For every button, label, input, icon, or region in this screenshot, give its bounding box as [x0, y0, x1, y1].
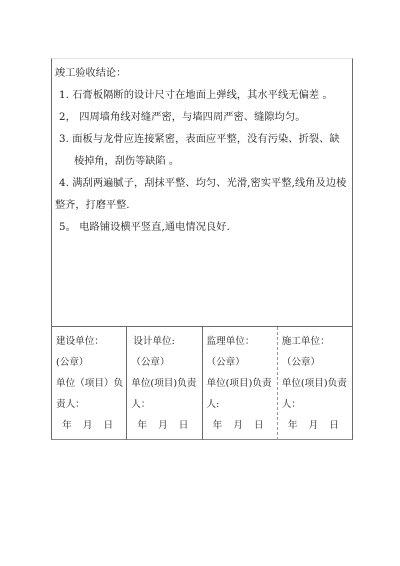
date-label: 年 月 日 [282, 415, 349, 436]
unit-label: 设计单位: [131, 331, 198, 352]
seal-label: （公章） [131, 352, 198, 373]
responsible-person-label-cont: 责人： [56, 394, 123, 415]
conclusion-item-2: 2， 四周墙角线对缝严密，与墙四周严密、缝隙均匀。 [55, 107, 349, 129]
responsible-person-label: 单位（项目）负 [56, 373, 123, 394]
responsible-person-label-cont: 人： [282, 394, 349, 415]
date-label: 年 月 日 [56, 415, 123, 436]
conclusion-item-4: 4. 满刮两遍腻子，刮抹平整、均匀、光滑,密实平整,线角及边棱 [55, 173, 349, 195]
acceptance-form-table: 竣工验收结论： 1. 石膏板隔断的设计尺寸在地面上弹线，其水平线无偏差 。 2，… [51, 58, 353, 440]
signature-row: 建设单位： (公章） 单位（项目）负 责人： 年 月 日 设计单位: （公章） … [52, 327, 352, 440]
date-label: 年 月 日 [207, 415, 274, 436]
responsible-person-label-cont: 人： [131, 394, 198, 415]
seal-label: （公章） [207, 352, 274, 373]
signature-cell-supervision-unit: 监理单位： （公章） 单位(项目)负责 人: 年 月 日 [203, 327, 278, 440]
responsible-person-label: 单位(项目)负责 [207, 373, 274, 394]
seal-label: （公章） [282, 352, 349, 373]
conclusion-item-1: 1. 石膏板隔断的设计尺寸在地面上弹线，其水平线无偏差 。 [55, 85, 349, 107]
signature-cell-construction-unit: 建设单位： (公章） 单位（项目）负 责人： 年 月 日 [52, 327, 127, 440]
seal-label: (公章） [56, 352, 123, 373]
conclusion-item-3-continuation: 棱掉角，刮伤等缺陷 。 [55, 151, 349, 173]
responsible-person-label: 单位(项目)负责 [131, 373, 198, 394]
conclusion-section: 竣工验收结论： 1. 石膏板隔断的设计尺寸在地面上弹线，其水平线无偏差 。 2，… [52, 59, 352, 327]
conclusion-item-4-continuation: 整齐，打磨平整. [55, 195, 349, 217]
signature-cell-design-unit: 设计单位: （公章） 单位(项目)负责 人： 年 月 日 [127, 327, 202, 440]
responsible-person-label: 单位(项目)负责 [282, 373, 349, 394]
conclusion-heading: 竣工验收结论： [55, 63, 349, 85]
unit-label: 施工单位： [282, 331, 349, 352]
conclusion-item-3: 3. 面板与龙骨应连接紧密，表面应平整，没有污染、折裂、缺 [55, 129, 349, 151]
conclusion-item-5: 5。 电路铺设横平竖直,通电情况良好. [55, 217, 349, 239]
date-label: 年 月 日 [131, 415, 198, 436]
responsible-person-label-cont: 人: [207, 394, 274, 415]
unit-label: 监理单位： [207, 331, 274, 352]
unit-label: 建设单位： [56, 331, 123, 352]
signature-cell-contractor-unit: 施工单位： （公章） 单位(项目)负责 人： 年 月 日 [278, 327, 352, 440]
